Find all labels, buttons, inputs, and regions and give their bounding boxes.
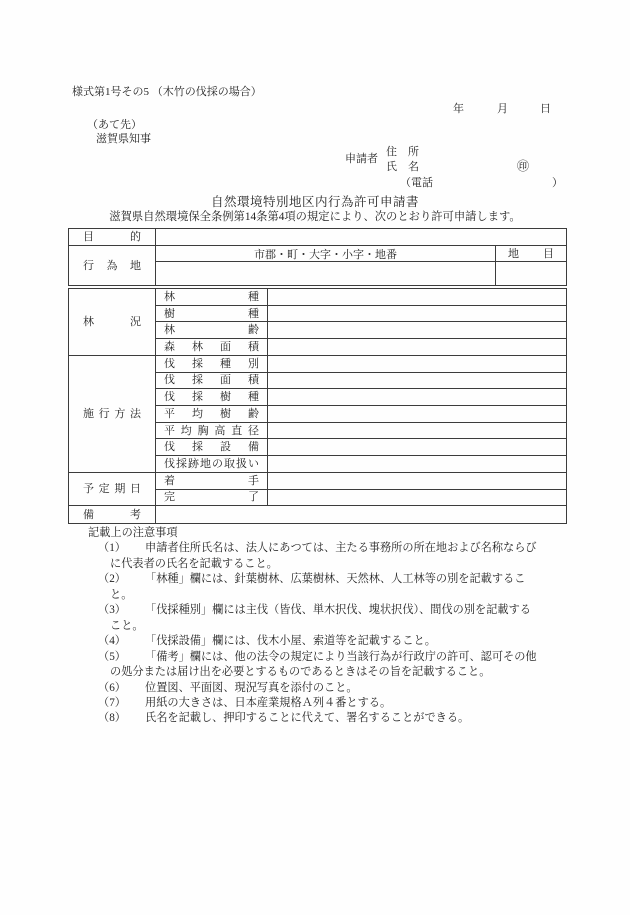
schedule-label: 予定期日 (69, 473, 156, 506)
cutting-tree-species-value (268, 389, 566, 406)
cut-site-treatment-value (268, 456, 566, 473)
note-line: （8）氏名を記載し、押印することに代えて、署名することができる。 (0, 711, 630, 726)
form-table-details: 林況 林種 樹種 林齢 森林面積 施行方法 伐採種別 伐採面積 伐採樹種 平均樹… (68, 288, 567, 524)
note-text: に代表者の氏名を記載すること。 (110, 558, 278, 570)
forest-area-value (268, 339, 566, 356)
date-month-label: 月 (497, 103, 508, 116)
document-subtitle: 滋賀県自然環境保全条例第14条第4項の規定により、次のとおり許可申請します。 (0, 211, 630, 224)
document-title: 自然環境特別地区内行為許可申請書 (0, 196, 630, 209)
remarks-value (156, 506, 566, 523)
note-text: 位置図、平面図、現況写真を添付のこと。 (145, 682, 358, 694)
cutting-area-value (268, 373, 566, 390)
note-line: （2）「林種」欄には、針葉樹林、広葉樹林、天然林、人工林等の別を記載するこ (0, 572, 630, 587)
cutting-area-label: 伐採面積 (156, 373, 268, 390)
purpose-value (156, 229, 566, 246)
remarks-label: 備考 (69, 506, 156, 523)
form-number: 様式第1号その5 （木竹の伐採の場合） (72, 86, 262, 99)
note-number: （3） (98, 603, 145, 618)
addressee: 滋賀県知事 (96, 133, 151, 146)
notes-heading: 記載上の注意事項 (0, 526, 630, 541)
date-year-label: 年 (453, 103, 464, 116)
average-tree-age-label: 平均樹齢 (156, 406, 268, 423)
note-line: （6）位置図、平面図、現況写真を添付のこと。 (0, 681, 630, 696)
site-landuse-value (496, 262, 566, 285)
note-text: 用紙の大きさは、日本産業規格Ａ列４番とする。 (145, 697, 391, 709)
site-location-header: 市郡・町・大字・小字・地番 (156, 246, 496, 262)
cut-site-treatment-label: 伐採跡地の取扱い (156, 456, 268, 473)
cutting-type-label: 伐採種別 (156, 356, 268, 373)
completion-date-value (268, 490, 566, 507)
site-location-value (156, 262, 496, 285)
note-line: に代表者の氏名を記載すること。 (0, 557, 630, 572)
note-text: の処分または届け出を必要とするものであるときはその旨を記載すること。 (110, 666, 490, 678)
date-day-label: 日 (540, 103, 551, 116)
note-number: （1） (98, 541, 145, 556)
forest-age-value (268, 322, 566, 339)
average-dbh-value (268, 423, 566, 440)
note-text: 「備考」欄には、他の法令の規定により当該行為が行政庁の許可、認可その他 (145, 651, 537, 663)
note-line: こと。 (0, 619, 630, 634)
note-number: （8） (98, 711, 145, 726)
cutting-equipment-value (268, 439, 566, 456)
note-line: （7）用紙の大きさは、日本産業規格Ａ列４番とする。 (0, 696, 630, 711)
applicant-name-label: 氏 名 (386, 161, 419, 174)
site-label: 行為地 (69, 246, 156, 285)
start-date-value (268, 473, 566, 490)
addressee-label: （あて先） (87, 119, 142, 132)
note-line: （3）「伐採種別」欄には主伐（皆伐、単木択伐、塊状択伐）、間伐の別を記載する (0, 603, 630, 618)
cutting-type-value (268, 356, 566, 373)
forest-type-label: 林種 (156, 289, 268, 306)
seal-icon: ㊞ (517, 160, 529, 173)
execution-method-label: 施行方法 (69, 356, 156, 473)
forest-type-value (268, 289, 566, 306)
note-number: （7） (98, 696, 145, 711)
note-line: の処分または届け出を必要とするものであるときはその旨を記載すること。 (0, 665, 630, 680)
note-line: と。 (0, 588, 630, 603)
note-number: （4） (98, 634, 145, 649)
cutting-equipment-label: 伐採設備 (156, 439, 268, 456)
tree-species-value (268, 306, 566, 323)
note-text: 申請者住所氏名は、法人にあつては、主たる事務所の所在地および名称ならび (145, 542, 537, 554)
note-text: と。 (110, 589, 132, 601)
phone-close-paren: ） (552, 177, 563, 190)
applicant-address-label: 住 所 (386, 146, 419, 159)
forest-area-label: 森林面積 (156, 339, 268, 356)
phone-label: （電話 (400, 177, 433, 190)
form-table-site: 目的 行為地 市郡・町・大字・小字・地番 地目 (68, 228, 567, 286)
note-text: 氏名を記載し、押印することに代えて、署名することができる。 (145, 712, 469, 724)
form-document-page: 様式第1号その5 （木竹の伐採の場合） 年 月 日 （あて先） 滋賀県知事 申請… (0, 0, 630, 915)
note-text: 「伐採設備」欄には、伐木小屋、索道等を記載すること。 (145, 635, 436, 647)
tree-species-label: 樹種 (156, 306, 268, 323)
start-date-label: 着手 (156, 473, 268, 490)
forest-age-label: 林齢 (156, 322, 268, 339)
completion-date-label: 完了 (156, 490, 268, 507)
cutting-tree-species-label: 伐採樹種 (156, 389, 268, 406)
average-dbh-label: 平均胸高直径 (156, 423, 268, 440)
note-number: （6） (98, 681, 145, 696)
average-tree-age-value (268, 406, 566, 423)
note-line: （4）「伐採設備」欄には、伐木小屋、索道等を記載すること。 (0, 634, 630, 649)
applicant-label: 申請者 (345, 153, 378, 166)
note-text: 「林種」欄には、針葉樹林、広葉樹林、天然林、人工林等の別を記載するこ (145, 573, 525, 585)
note-line: （1）申請者住所氏名は、法人にあつては、主たる事務所の所在地および名称ならび (0, 541, 630, 556)
note-number: （5） (98, 650, 145, 665)
note-line: （5）「備考」欄には、他の法令の規定により当該行為が行政庁の許可、認可その他 (0, 650, 630, 665)
purpose-label: 目的 (69, 229, 156, 246)
forest-condition-label: 林況 (69, 289, 156, 356)
site-landuse-header: 地目 (496, 246, 566, 262)
notes-section: 記載上の注意事項 （1）申請者住所氏名は、法人にあつては、主たる事務所の所在地お… (0, 526, 630, 727)
note-text: 「伐採種別」欄には主伐（皆伐、単木択伐、塊状択伐）、間伐の別を記載する (145, 604, 531, 616)
note-text: こと。 (110, 620, 144, 632)
note-number: （2） (98, 572, 145, 587)
